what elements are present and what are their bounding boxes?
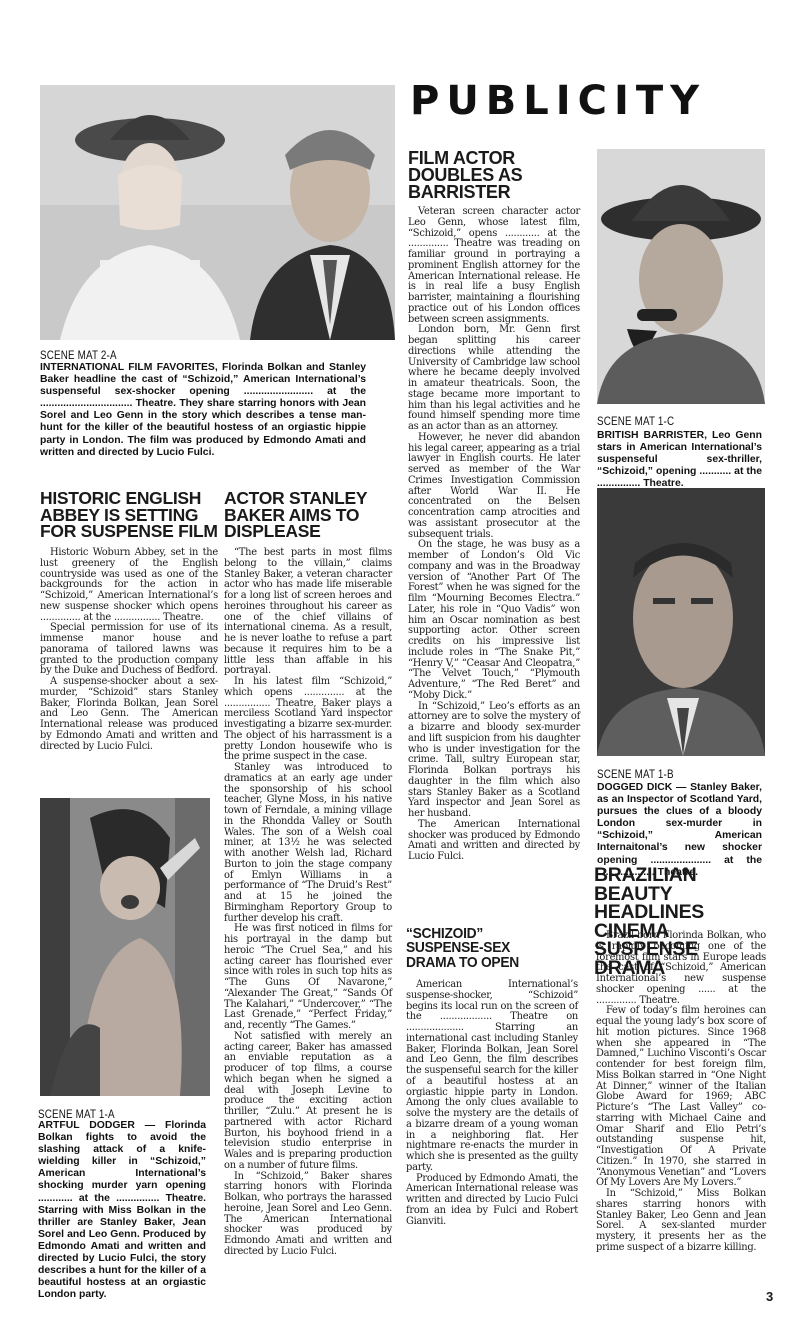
paragraph: Stanley was introduced to dramatics at a… xyxy=(224,763,392,924)
paragraph: Veteran screen character actor Leo Genn,… xyxy=(408,207,580,325)
headline-schizoid: “SCHIZOID” SUSPENSE-SEX DRAMA TO OPEN xyxy=(406,927,558,970)
paragraph: Special permission for use of its immens… xyxy=(40,623,218,677)
paragraph: Brazil-born Florinda Bolkan, who is rapi… xyxy=(596,931,766,1006)
photo-scene-mat-1b xyxy=(597,488,765,756)
paragraph: Historic Woburn Abbey, set in the lust g… xyxy=(40,548,218,623)
paragraph: Produced by Edmondo Amati, the American … xyxy=(406,1174,578,1228)
photo-illustration xyxy=(597,488,765,756)
headline-baker: ACTOR STANLEY BAKER AIMS TO DISPLEASE xyxy=(224,490,384,540)
headline-genn: FILM ACTOR DOUBLES AS BARRISTER xyxy=(408,150,558,201)
article-bolkan-body: Brazil-born Florinda Bolkan, who is rapi… xyxy=(596,931,766,1254)
scene-mat-1c-label: SCENE MAT 1-C xyxy=(597,414,674,428)
headline-abbey: HISTORIC ENGLISH ABBEY IS SETTING FOR SU… xyxy=(40,490,222,540)
paragraph: Not satisfied with merely an acting care… xyxy=(224,1032,392,1172)
paragraph: A suspense-shocker about a sex-murder, “… xyxy=(40,677,218,752)
scene-mat-1a-label: SCENE MAT 1-A xyxy=(38,1107,115,1121)
article-abbey-body: Historic Woburn Abbey, set in the lust g… xyxy=(40,548,218,752)
photo-scene-mat-1a xyxy=(40,798,210,1096)
scene-mat-1b-label: SCENE MAT 1-B xyxy=(597,767,674,781)
paragraph: American International’s suspense-shocke… xyxy=(406,980,578,1174)
photo-scene-mat-1c xyxy=(597,149,765,404)
page-number: 3 xyxy=(766,1289,773,1304)
section-title: PUBLICITY xyxy=(410,78,706,124)
photo-illustration xyxy=(40,798,210,1096)
paragraph: “The best parts in most films belong to … xyxy=(224,548,392,677)
photo-scene-mat-2a xyxy=(40,85,395,340)
paragraph: In his latest film “Schizoid,” which ope… xyxy=(224,677,392,763)
paragraph: In “Schizoid,” Baker shares starring hon… xyxy=(224,1172,392,1258)
paragraph: Few of today’s film heroines can equal t… xyxy=(596,1006,766,1189)
paragraph: However, he never did abandon his legal … xyxy=(408,433,580,541)
paragraph: In “Schizoid,” Miss Bolkan shares starri… xyxy=(596,1189,766,1254)
photo-illustration xyxy=(597,149,765,404)
scene-mat-1c-caption: BRITISH BARRISTER, Leo Genn stars in Ame… xyxy=(597,430,762,490)
paragraph: In “Schizoid,” Leo’s efforts as an attor… xyxy=(408,702,580,820)
paragraph: The American International shocker was p… xyxy=(408,820,580,863)
article-schizoid-body: American International’s suspense-shocke… xyxy=(406,980,578,1227)
photo-illustration xyxy=(40,85,395,340)
scene-mat-2a-label: SCENE MAT 2-A xyxy=(40,348,117,362)
article-baker-body: “The best parts in most films belong to … xyxy=(224,548,392,1258)
paragraph: On the stage, he was busy as a member of… xyxy=(408,540,580,701)
paragraph: He was first noticed in films for his po… xyxy=(224,924,392,1032)
paragraph: London born, Mr. Genn first began splitt… xyxy=(408,325,580,433)
scene-mat-2a-caption: INTERNATIONAL FILM FAVORITES, Florinda B… xyxy=(40,362,366,459)
scene-mat-1a-caption: ARTFUL DODGER — Florinda Bolkan fights t… xyxy=(38,1120,206,1301)
article-genn-body: Veteran screen character actor Leo Genn,… xyxy=(408,207,580,863)
